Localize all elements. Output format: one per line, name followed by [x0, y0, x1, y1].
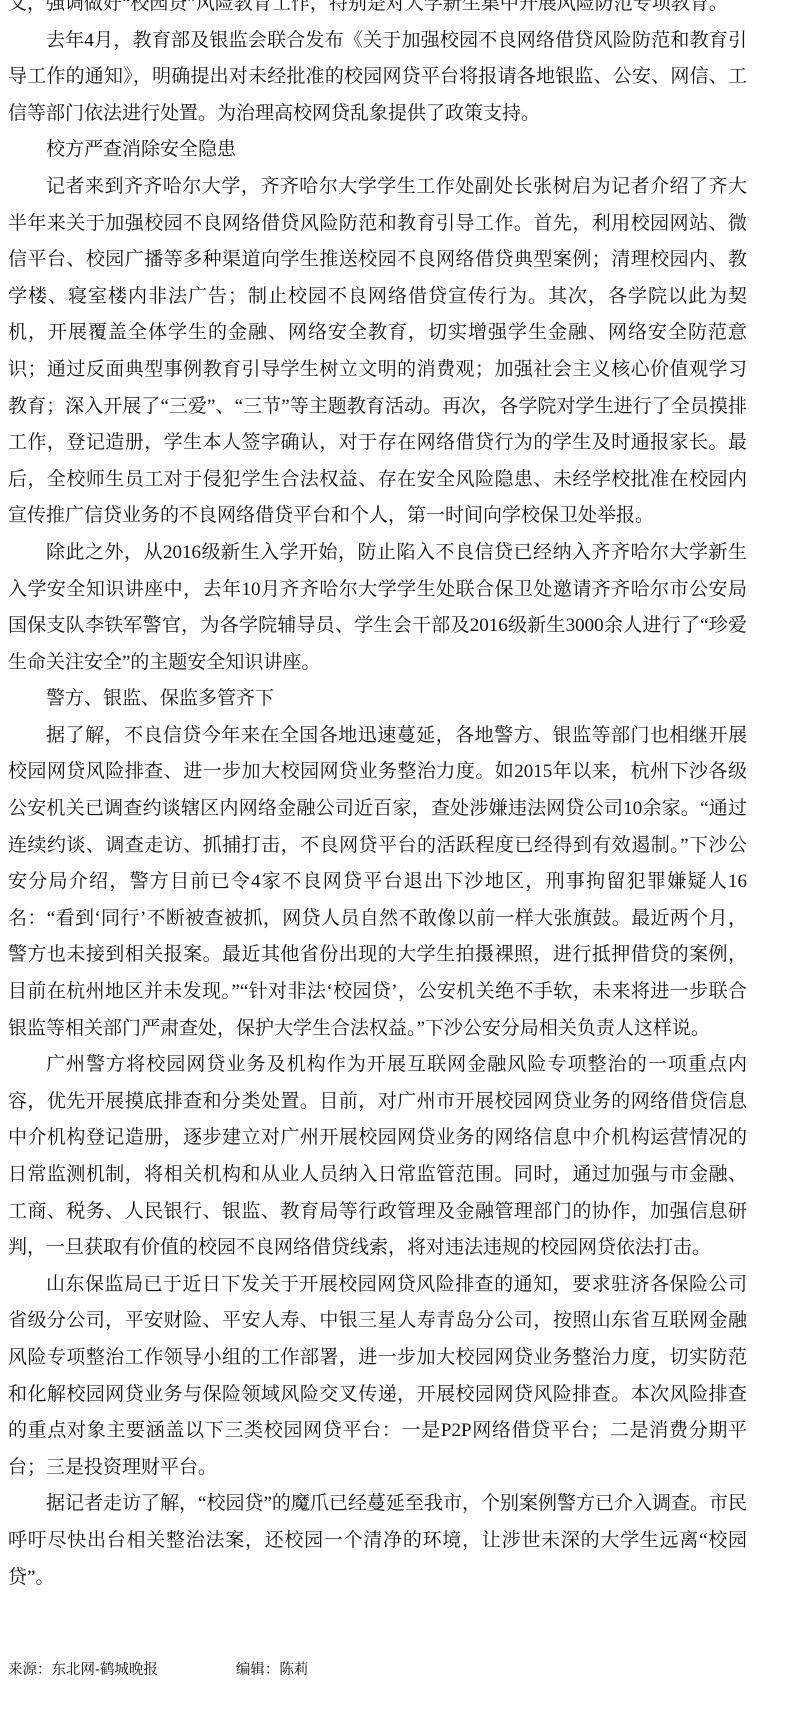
section-heading-multi-agency: 警方、银监、保监多管齐下	[8, 681, 747, 718]
paragraph: 据了解，不良信贷今年来在全国各地迅速蔓延，各地警方、银监等部门也相继开展校园网贷…	[8, 718, 747, 1047]
article-body: 文，强调做好“校园贷”风险教育工作，特别是对大学新生集中开展风险防范专项教育。 …	[0, 0, 799, 1596]
paragraph: 去年4月，教育部及银监会联合发布《关于加强校园不良网络借贷风险防范和教育引导工作…	[8, 23, 747, 133]
paragraph: 广州警方将校园网贷业务及机构作为开展互联网金融风险专项整治的一项重点内容，优先开…	[8, 1047, 747, 1267]
section-heading-school-inspection: 校方严查消除安全隐患	[8, 132, 747, 169]
paragraph: 山东保监局已于近日下发关于开展校园网贷风险排查的通知，要求驻济各保险公司省级分公…	[8, 1267, 747, 1487]
paragraph: 除此之外，从2016级新生入学开始，防止陷入不良信贷已经纳入齐齐哈尔大学新生入学…	[8, 535, 747, 681]
document-page: { "page": { "background_color": "#ffffff…	[0, 0, 799, 1709]
source-label: 来源：东北网-鹤城晚报	[8, 1662, 158, 1678]
paragraph: 据记者走访了解，“校园贷”的魔爪已经蔓延至我市，个别案例警方已介入调查。市民呼吁…	[8, 1486, 747, 1596]
article-footer: 来源：东北网-鹤城晚报编辑：陈莉	[8, 1660, 748, 1680]
paragraph-continuation: 文，强调做好“校园贷”风险教育工作，特别是对大学新生集中开展风险防范专项教育。	[8, 0, 747, 23]
editor-label: 编辑：陈莉	[236, 1662, 309, 1678]
paragraph: 记者来到齐齐哈尔大学，齐齐哈尔大学学生工作处副处长张树启为记者介绍了齐大半年来关…	[8, 169, 747, 535]
